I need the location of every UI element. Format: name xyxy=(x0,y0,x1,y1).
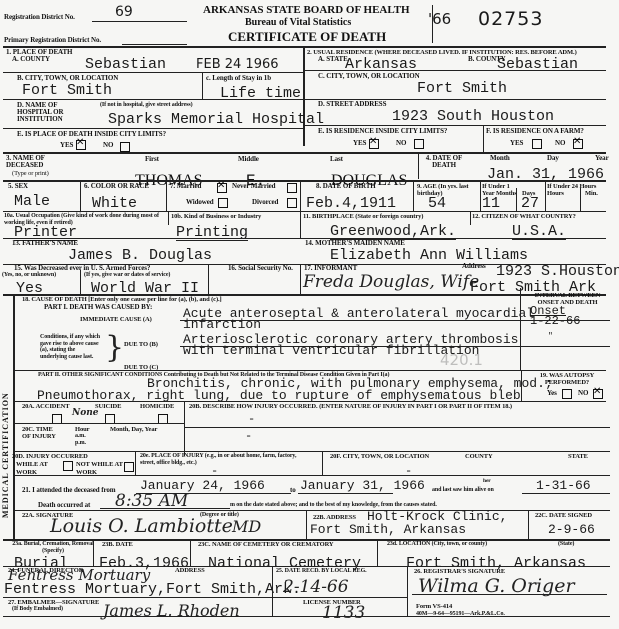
date-received-label: 25. DATE RECD. BY LOCAL REG. xyxy=(276,568,367,575)
funeral-director: Fentress Mortuary,Fort Smith,Ark. xyxy=(4,582,301,597)
armed-forces-label: 15. Was Decreased ever in U. S. Armed Fo… xyxy=(14,265,150,272)
hospital-label: d. NAME OF HOSPITAL OR INSTITUTION xyxy=(17,102,87,123)
divider xyxy=(80,270,81,294)
line xyxy=(412,594,607,595)
line xyxy=(100,508,230,509)
injury-occurred-label: 20d. INJURY OCCURRED xyxy=(12,453,88,460)
rule xyxy=(3,616,610,617)
divider xyxy=(516,188,517,211)
days: 27 xyxy=(521,196,539,211)
hour-label: Hour xyxy=(75,426,89,433)
death-certificate: Registration District No. 69 Primary Reg… xyxy=(0,0,619,629)
divider xyxy=(413,180,414,211)
primary-registration-label: Primary Registration District No. xyxy=(4,37,101,44)
license-number: 1133 xyxy=(322,603,365,623)
death-city: Fort Smith xyxy=(22,83,112,98)
armed-forces-note: (Yes, no, or unknown) xyxy=(2,272,56,279)
divider xyxy=(528,510,529,539)
injury-state-label: STATE xyxy=(568,453,588,460)
min-label: Min. xyxy=(585,190,598,197)
autopsy-no-label: NO xyxy=(578,390,588,397)
divider xyxy=(521,370,522,401)
industry-label: 10b. Kind of Business or Industry xyxy=(171,213,261,220)
month-day-year-label: Month, Day, Year xyxy=(110,426,157,433)
date-signed: 2-9-66 xyxy=(548,523,595,536)
farm-yes-checkbox[interactable] xyxy=(532,139,542,149)
interval-ditto: " xyxy=(548,331,553,343)
year-prefix: '66 xyxy=(428,12,451,27)
yes-label: YES xyxy=(510,140,523,147)
death-inside-city-yes-checkbox[interactable] xyxy=(76,140,86,150)
length-of-stay-label: c. Length of Stay in 1b xyxy=(206,75,271,82)
brace: } xyxy=(105,333,124,363)
divider xyxy=(13,294,15,539)
accident-label: 20a. ACCIDENT xyxy=(22,403,69,410)
embalmer-note: (If Body Embalmed) xyxy=(12,606,63,613)
embalmer-label: 27. EMBALMER—Signature xyxy=(8,599,99,606)
embalmer-signature: James L. Rhoden xyxy=(103,601,240,620)
homicide-label: HOMICIDE xyxy=(140,403,174,410)
time-of-injury: - xyxy=(245,430,252,442)
date-received: 2-14-66 xyxy=(283,577,349,597)
divider xyxy=(306,510,307,539)
mother-name: Elizabeth Ann Williams xyxy=(330,248,528,263)
divider xyxy=(80,180,81,211)
divider xyxy=(520,288,521,370)
am-label: a.m. xyxy=(75,433,86,440)
line xyxy=(122,44,187,45)
physician-degree: MD xyxy=(232,517,261,536)
rule xyxy=(3,152,606,154)
months: 11 xyxy=(482,196,500,211)
age: 54 xyxy=(428,196,446,211)
place-of-injury-label: 20e. PLACE OF INJURY (e.g., in or about … xyxy=(140,453,310,467)
pronoun: her xyxy=(483,478,491,485)
rule xyxy=(3,72,303,73)
first-name-label: First xyxy=(145,156,159,163)
hospital-name: Sparks Memorial Hospital xyxy=(108,112,324,127)
citizen-label: 12. CITIZEN OF WHAT COUNTRY? xyxy=(472,213,576,220)
time-of-injury-label: 20c. TIME OF INJURY xyxy=(22,426,62,440)
certificate-title: CERTIFICATE OF DEATH xyxy=(228,30,386,43)
line xyxy=(520,346,610,347)
divider xyxy=(418,152,419,179)
divider xyxy=(272,566,273,616)
line xyxy=(522,493,610,494)
to-label: to xyxy=(290,487,296,494)
hospital-note: (If not in hospital, give street address… xyxy=(100,102,193,109)
divider xyxy=(190,539,191,566)
death-occurred-label: Death occurred at xyxy=(38,502,90,509)
certificate-number: 02753 xyxy=(478,10,543,29)
divider xyxy=(483,125,484,152)
line xyxy=(92,21,187,22)
age-label: 9. AGE (In yrs. last birthday) xyxy=(417,183,477,197)
immediate-cause-label: IMMEDIATE CAUSE (a) xyxy=(80,316,152,323)
rule xyxy=(3,211,606,212)
disposition-date-label: 23b. DATE xyxy=(102,541,133,548)
divider xyxy=(184,401,185,456)
rule xyxy=(3,128,303,129)
divider xyxy=(303,46,305,146)
date-signed-label: 22c. DATE SIGNED xyxy=(535,512,592,519)
attended-label: 21. I attended the deceased from xyxy=(22,487,116,494)
disposition-method-label: 23a. Burial, Cremation, Removal (Specify… xyxy=(8,541,98,555)
day-label: Day xyxy=(547,155,559,162)
divider xyxy=(407,566,408,616)
father-name: James B. Douglas xyxy=(68,248,212,263)
divorced-checkbox[interactable] xyxy=(287,198,297,208)
divider xyxy=(580,188,581,211)
while-at-work-checkbox[interactable] xyxy=(63,461,73,471)
sex-label: 5. SEX xyxy=(8,183,28,190)
injury-city-label: 20f. CITY, TOWN, OR LOCATION xyxy=(330,453,429,460)
pencil-code: 420.1 xyxy=(440,351,483,369)
rule xyxy=(14,423,184,424)
married-label: 7. Married xyxy=(170,183,201,190)
death-county-label: a. COUNTY xyxy=(12,56,50,63)
race-label: 6. COLOR OR RACE xyxy=(84,183,149,190)
line xyxy=(298,493,393,494)
autopsy-label: 19. WAS AUTOPSY PERFORMED? xyxy=(527,372,607,386)
married-checkbox[interactable] xyxy=(217,183,227,193)
describe-injury: - xyxy=(248,413,255,425)
residence-inside-city-label: e. IS RESIDENCE INSIDE CITY LIMITS? xyxy=(318,128,447,135)
divider xyxy=(208,264,209,294)
rule xyxy=(3,597,407,598)
form-id: Form VS-414 xyxy=(416,603,452,610)
divider xyxy=(377,539,378,566)
no-label: NO xyxy=(396,140,406,147)
residence-city: Fort Smith xyxy=(417,81,507,96)
informant-address-line1: 1923 S.Houston xyxy=(496,264,619,279)
funeral-address-label: ADDRESS xyxy=(175,567,205,574)
hours-label: If Under 24 Hours Hours xyxy=(547,183,607,197)
registration-district-label: Registration District No. xyxy=(4,14,75,21)
date-of-birth: Feb.4,1911 xyxy=(306,196,396,211)
street-address: 1923 South Houston xyxy=(392,109,554,124)
never-married-label: Never Married xyxy=(232,183,275,190)
divider xyxy=(202,72,203,99)
divorced-label: Divorced xyxy=(252,199,278,206)
divider xyxy=(480,180,481,211)
rule xyxy=(14,510,610,511)
death-city-label: b. CITY, TOWN, OR LOCATION xyxy=(17,75,118,82)
registrar-signature-label: 26. REGISTRAR'S SIGNATURE xyxy=(414,568,505,575)
last-saw-alive: 1-31-66 xyxy=(536,479,591,492)
month-label: Month xyxy=(490,155,510,162)
divider xyxy=(300,264,301,294)
street-address-label: d. STREET ADDRESS xyxy=(318,101,386,108)
rule xyxy=(303,70,606,71)
no-label: NO xyxy=(555,140,565,147)
agency-title: ARKANSAS STATE BOARD OF HEALTH xyxy=(203,5,410,16)
line xyxy=(520,320,610,321)
residence-state-label: a. STATE xyxy=(318,56,348,63)
line xyxy=(184,427,610,428)
informant-address-label: Address xyxy=(462,263,486,270)
date-of-death-label: 4. DATE OF DEATH xyxy=(424,155,464,169)
birthplace-label: 11. BIRTHPLACE (State or foreign country… xyxy=(303,213,423,220)
name-label: 3. NAME OF DECEASED xyxy=(6,155,56,169)
divider xyxy=(135,451,136,475)
dob-label: 8. DATE OF BIRTH xyxy=(316,183,376,190)
informant-label: 17. INFORMANT xyxy=(304,265,357,272)
divider xyxy=(545,180,546,211)
widowed-label: Widowed xyxy=(186,199,214,206)
rule xyxy=(303,125,606,126)
cemetery-state-label: (State) xyxy=(558,541,574,548)
rule xyxy=(14,401,606,402)
farm-label: f. IS RESIDENCE ON A FARM? xyxy=(486,128,584,135)
farm-no-checkbox[interactable] xyxy=(573,139,583,149)
never-married-checkbox[interactable] xyxy=(287,183,297,193)
describe-injury-label: 20b. DESCRIBE HOW INJURY OCCURRED. (Ente… xyxy=(189,403,512,410)
autopsy-yes-checkbox[interactable] xyxy=(562,389,572,399)
medical-certification-label: MEDICAL CERTIFICATION xyxy=(1,392,10,518)
father-label: 13. FATHER'S NAME xyxy=(12,240,78,247)
line xyxy=(180,346,520,347)
bureau-title: Bureau of Vital Statistics xyxy=(245,17,351,28)
attended-to: January 31, 1966 xyxy=(300,479,425,492)
residence-inside-city-no-checkbox[interactable] xyxy=(414,139,424,149)
none-note: None xyxy=(72,408,99,418)
cemetery-location-label: 23d. LOCATION (City, town, or county) xyxy=(387,541,487,548)
widowed-checkbox[interactable] xyxy=(218,198,228,208)
divider xyxy=(300,211,301,238)
part1-label: PART I. DEATH WAS CAUSED BY: xyxy=(44,304,152,311)
residence-city-label: c. CITY, TOWN, OR LOCATION xyxy=(318,73,420,80)
conditions-note: Conditions, if any which gave rise to ab… xyxy=(40,334,102,360)
pm-label: p.m. xyxy=(75,440,86,447)
cause-of-death-label: 18. CAUSE OF DEATH [Enter only one cause… xyxy=(22,296,222,303)
death-county: Sebastian xyxy=(85,57,166,72)
interval-date: 1-22-66 xyxy=(530,315,580,327)
injury-county-label: COUNTY xyxy=(465,453,493,460)
registration-district-value: 69 xyxy=(115,5,133,20)
line xyxy=(180,320,520,321)
divider xyxy=(470,211,471,225)
residence-inside-city-yes-checkbox[interactable] xyxy=(369,139,379,149)
year-label: Year xyxy=(595,155,609,162)
death-occurred-note: m on the date stated above; and to the b… xyxy=(230,502,437,509)
race: White xyxy=(92,196,137,211)
middle-name-label: Middle xyxy=(238,156,259,163)
last-name-label: Last xyxy=(330,156,343,163)
physician-address-label: 22b. ADDRESS xyxy=(313,514,356,521)
rule xyxy=(14,475,610,476)
not-while-at-work-checkbox[interactable] xyxy=(124,462,134,472)
ssn-label: 16. Social Security No. xyxy=(228,265,293,272)
war-note: (If yes, give war or dates of service) xyxy=(84,272,170,279)
cemetery-label: 23c. NAME OF CEMETERY OR CREMATORY xyxy=(198,541,334,548)
autopsy-yes-label: Yes xyxy=(547,390,557,397)
autopsy-no-checkbox[interactable] xyxy=(593,389,603,399)
physician-address-line2: Fort Smith, Arkansas xyxy=(310,523,466,536)
sex: Male xyxy=(14,194,50,209)
death-inside-city-label: e. IS PLACE OF DEATH INSIDE CITY LIMITS? xyxy=(17,131,166,138)
rule xyxy=(3,99,303,100)
physician-signature: Louis O. Lambiotte xyxy=(50,515,233,537)
divider xyxy=(93,539,94,566)
due-to-b-label: DUE TO (b) xyxy=(124,341,158,348)
divider xyxy=(166,180,167,211)
mother-label: 14. MOTHER'S MAIDEN NAME xyxy=(305,240,405,247)
yes-label: YES xyxy=(60,142,73,149)
divider xyxy=(322,451,323,475)
last-saw-label: and last saw him alive on xyxy=(432,487,494,494)
death-inside-city-no-checkbox[interactable] xyxy=(120,142,130,152)
divider xyxy=(168,211,169,225)
divider xyxy=(300,180,301,211)
rule xyxy=(14,370,606,371)
no-label: NO xyxy=(103,142,113,149)
rule xyxy=(14,451,610,452)
yes-label: YES xyxy=(353,140,366,147)
received-stamp-date: FEB 24 1966 xyxy=(196,57,279,72)
name-note: (Type or print) xyxy=(12,170,49,177)
informant-signature: Freda Douglas, Wife xyxy=(303,272,479,292)
